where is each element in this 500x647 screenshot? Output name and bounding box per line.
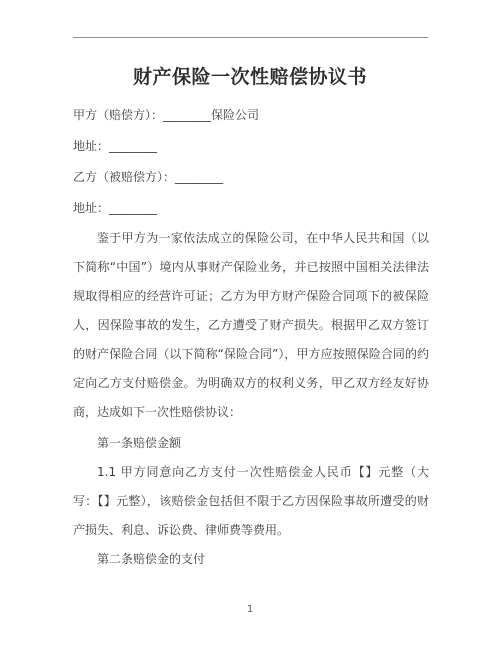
page-number: 1 (0, 604, 500, 615)
party-a-line: 甲方（赔偿方）：________保险公司 (73, 100, 429, 131)
header-divider (73, 37, 428, 38)
party-b-line: 乙方（被赔偿方）：________ (73, 162, 429, 193)
intro-paragraph: 鉴于甲方为一家依法成立的保险公司，在中华人民共和国（以下简称“中国”）境内从事财… (73, 224, 429, 427)
clause-1-heading: 第一条赔偿金额 (73, 429, 429, 458)
clause-1-1-paragraph: 1.1 甲方同意向乙方支付一次性赔偿金人民币【】元整（大写：【】元整），该赔偿金… (73, 458, 429, 545)
party-b-address-line: 地址：________ (73, 193, 429, 224)
clause-2-heading: 第二条赔偿金的支付 (73, 545, 429, 574)
document-page: 财产保险一次性赔偿协议书 甲方（赔偿方）：________保险公司 地址：___… (0, 0, 500, 647)
party-a-address-line: 地址：________ (73, 131, 429, 162)
document-body: 甲方（赔偿方）：________保险公司 地址：________ 乙方（被赔偿方… (73, 100, 429, 574)
document-title: 财产保险一次性赔偿协议书 (0, 62, 500, 89)
